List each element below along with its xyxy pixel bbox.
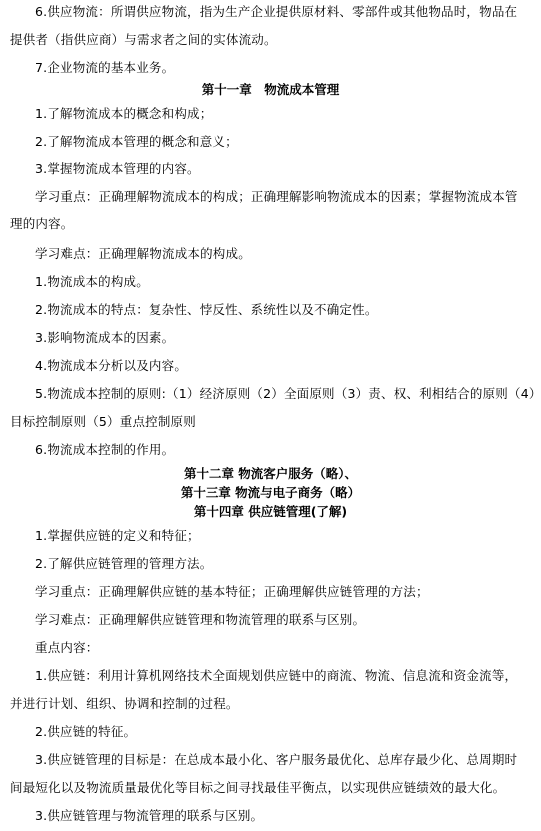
paragraph-supply-logistics-cont: 提供者（指供应商）与需求者之间的实体流动。 (10, 32, 277, 48)
key-points-cont: 理的内容。 (10, 216, 74, 232)
ch14-objective-1: 1.掌握供应链的定义和特征； (35, 528, 200, 544)
ch14-content-item-2: 2.供应链的特征。 (35, 724, 136, 740)
paragraph-supply-logistics: 6.供应物流：所谓供应物流，指为生产企业提供原材料、零部件或其他物品时，物品在 (35, 4, 517, 20)
content-item-2: 2.物流成本的特点：复杂性、悖反性、系统性以及不确定性。 (35, 302, 378, 318)
ch14-content-item-3-cont: 间最短化以及物流质量最优化等目标之间寻找最佳平衡点，以实现供应链绩效的最大化。 (10, 780, 505, 796)
ch14-key-points: 学习重点：正确理解供应链的基本特征；正确理解供应链管理的方法； (35, 584, 429, 600)
chapter-12-heading: 第十二章 物流客户服务（略）、 (0, 466, 541, 482)
content-item-5: 5.物流成本控制的原则:（1）经济原则（2）全面原则（3）责、权、利相结合的原则… (35, 386, 541, 402)
difficult-points: 学习难点：正确理解物流成本的构成。 (35, 246, 251, 262)
ch14-content-item-1: 1.供应链：利用计算机网络技术全面规划供应链中的商流、物流、信息流和资金流等， (35, 668, 517, 684)
objective-2: 2.了解物流成本管理的概念和意义； (35, 134, 238, 150)
chapter-14-heading: 第十四章 供应链管理(了解) (0, 504, 541, 520)
content-item-5-cont: 目标控制原则（5）重点控制原则 (10, 414, 196, 430)
chapter-13-heading: 第十三章 物流与电子商务（略） (0, 485, 541, 501)
ch14-content-item-4: 3.供应链管理与物流管理的联系与区别。 (35, 808, 263, 824)
ch14-content-item-1-cont: 并进行计划、组织、协调和控制的过程。 (10, 696, 239, 712)
chapter-11-heading: 第十一章 物流成本管理 (0, 82, 541, 98)
ch14-objective-2: 2.了解供应链管理的管理方法。 (35, 556, 212, 572)
content-item-6: 6.物流成本控制的作用。 (35, 442, 174, 458)
content-item-3: 3.影响物流成本的因素。 (35, 330, 174, 346)
content-item-1: 1.物流成本的构成。 (35, 274, 149, 290)
objective-3: 3.掌握物流成本管理的内容。 (35, 161, 200, 177)
paragraph-enterprise-logistics: 7.企业物流的基本业务。 (35, 60, 174, 76)
content-item-4: 4.物流成本分析以及内容。 (35, 358, 187, 374)
ch14-content-item-3: 3.供应链管理的目标是：在总成本最小化、客户服务最优化、总库存最少化、总周期时 (35, 752, 517, 768)
key-points: 学习重点：正确理解物流成本的构成；正确理解影响物流成本的因素；掌握物流成本管 (35, 189, 518, 205)
objective-1: 1.了解物流成本的概念和构成； (35, 106, 212, 122)
ch14-key-content-label: 重点内容： (35, 640, 99, 656)
ch14-difficult-points: 学习难点：正确理解供应链管理和物流管理的联系与区别。 (35, 612, 365, 628)
